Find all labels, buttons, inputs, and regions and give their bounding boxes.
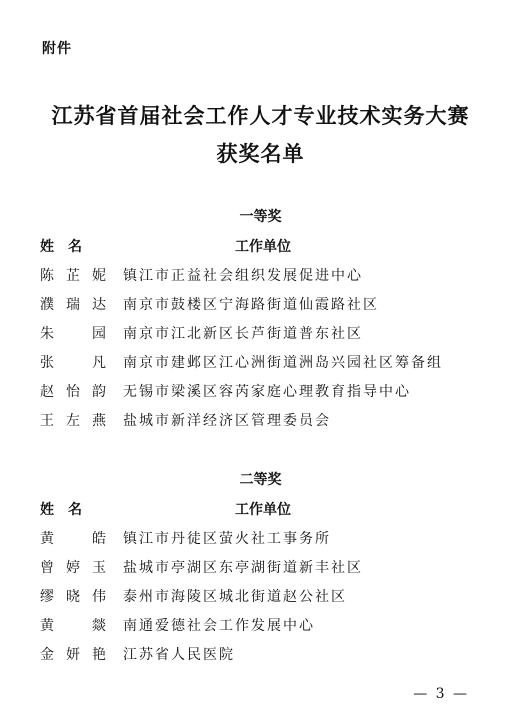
- winner-unit: 盐城市新洋经济区管理委员会: [123, 410, 331, 430]
- table-row: 金妍艳 江苏省人民医院: [40, 644, 500, 666]
- table-row: 黄燚 南通爱德社会工作发展中心: [40, 615, 500, 637]
- column-header-unit: 工作单位: [235, 236, 291, 256]
- winner-name: 王左燕: [40, 410, 106, 430]
- document-title-line2: 获奖名单: [0, 138, 521, 168]
- column-header-row: 姓名 工作单位: [40, 499, 500, 521]
- winner-unit: 无锡市梁溪区容芮家庭心理教育指导中心: [123, 381, 411, 401]
- winner-name: 张凡: [40, 352, 106, 372]
- column-header-row: 姓名 工作单位: [40, 236, 500, 258]
- table-row: 缪晓伟 泰州市海陵区城北街道赵公社区: [40, 586, 500, 608]
- attachment-label: 附件: [42, 38, 72, 58]
- column-header-unit: 工作单位: [235, 499, 291, 519]
- table-row: 王左燕 盐城市新洋经济区管理委员会: [40, 410, 500, 432]
- winner-name: 陈芷妮: [40, 265, 106, 285]
- winner-unit: 南京市鼓楼区宁海路街道仙霞路社区: [123, 294, 379, 314]
- table-row: 曾婷玉 盐城市亭湖区东亭湖街道新丰社区: [40, 557, 500, 579]
- page-number: — 3 —: [413, 686, 469, 702]
- winner-unit: 镇江市正益社会组织发展促进中心: [123, 265, 363, 285]
- winner-unit: 南京市建邺区江心洲街道洲岛兴园社区筹备组: [123, 352, 443, 372]
- winner-unit: 泰州市海陵区城北街道赵公社区: [123, 586, 347, 606]
- winner-name: 濮瑞达: [40, 294, 106, 314]
- table-row: 陈芷妮 镇江市正益社会组织发展促进中心: [40, 265, 500, 287]
- table-row: 赵怡韵 无锡市梁溪区容芮家庭心理教育指导中心: [40, 381, 500, 403]
- column-header-name: 姓名: [40, 236, 96, 256]
- winner-name: 缪晓伟: [40, 586, 106, 606]
- winner-unit: 南京市江北新区长芦街道普东社区: [123, 323, 363, 343]
- table-row: 黄皓 镇江市丹徒区萤火社工事务所: [40, 528, 500, 550]
- winner-name: 黄燚: [40, 615, 106, 635]
- section-heading: 二等奖: [0, 469, 521, 489]
- winner-name: 金妍艳: [40, 644, 106, 664]
- winner-unit: 镇江市丹徒区萤火社工事务所: [123, 528, 331, 548]
- table-row: 濮瑞达 南京市鼓楼区宁海路街道仙霞路社区: [40, 294, 500, 316]
- winner-unit: 盐城市亭湖区东亭湖街道新丰社区: [123, 557, 363, 577]
- table-row: 朱园 南京市江北新区长芦街道普东社区: [40, 323, 500, 345]
- winner-name: 赵怡韵: [40, 381, 106, 401]
- winner-name: 曾婷玉: [40, 557, 106, 577]
- winner-name: 黄皓: [40, 528, 106, 548]
- winner-unit: 江苏省人民医院: [123, 644, 235, 664]
- winner-name: 朱园: [40, 323, 106, 343]
- section-heading: 一等奖: [0, 206, 521, 226]
- winner-unit: 南通爱德社会工作发展中心: [123, 615, 315, 635]
- table-row: 张凡 南京市建邺区江心洲街道洲岛兴园社区筹备组: [40, 352, 500, 374]
- column-header-name: 姓名: [40, 499, 96, 519]
- document-title-line1: 江苏省首届社会工作人才专业技术实务大赛: [0, 100, 521, 130]
